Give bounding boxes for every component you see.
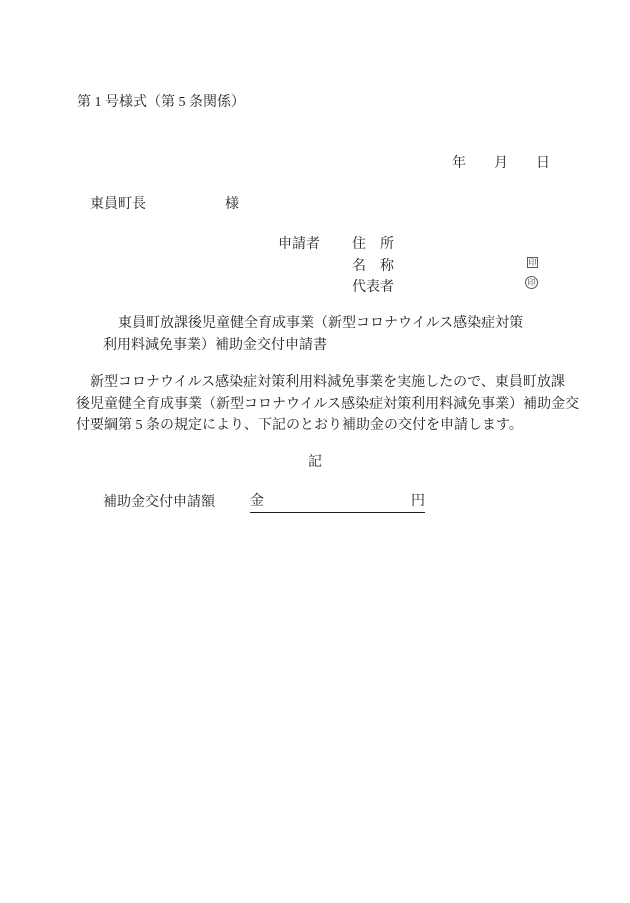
date-line: 年 月 日 [0,154,630,174]
body-line2: 後児童健全育成事業（新型コロナウイルス感染症対策利用料減免事業）補助金交 [76,394,579,416]
applicant-representative-label: 代表者 [352,280,394,295]
applicant-address-row: 申請者住 所 [278,234,394,256]
applicant-label: 申請者 [278,234,352,256]
body-line3: 付要綱第 5 条の規定により、下記のとおり補助金の交付を申請します。 [76,415,579,437]
applicant-block: 申請者住 所 名 称 代表者 [278,234,394,299]
document-title-line1: 東員町放課後児童健全育成事業（新型コロナウイルス感染症対策 [103,313,523,335]
applicant-address-label: 住 所 [352,237,394,252]
addressee-line: 東員町長様 [90,195,239,215]
addressee-name: 東員町長 [90,197,146,212]
applicant-name-label: 名 称 [352,259,394,274]
amount-blank-field: 金円 [250,492,425,513]
name-seal-icon: 印 [527,257,538,268]
notation-ki-header: 記 [0,453,630,473]
applicant-representative-row: 代表者 [278,277,394,299]
document-title: 東員町放課後児童健全育成事業（新型コロナウイルス感染症対策 利用料減免事業）補助… [103,313,523,356]
amount-currency-prefix: 金 [250,492,264,512]
body-line1: 新型コロナウイルス感染症対策利用料減免事業を実施したので、東員町放課 [76,372,579,394]
applicant-name-row: 名 称 [278,256,394,278]
body-paragraph: 新型コロナウイルス感染症対策利用料減免事業を実施したので、東員町放課 後児童健全… [76,372,579,437]
representative-seal-icon: 印 [525,276,538,289]
form-number: 第 1 号様式（第 5 条関係） [77,93,245,113]
amount-label: 補助金交付申請額 [103,493,250,513]
document-page: 第 1 号様式（第 5 条関係） 年 月 日 東員町長様 申請者住 所 名 称 … [0,0,630,903]
amount-currency-suffix: 円 [411,492,425,512]
amount-line: 補助金交付申請額金円 [103,492,425,513]
document-title-line2: 利用料減免事業）補助金交付申請書 [103,335,523,357]
addressee-honorific: 様 [225,197,239,212]
